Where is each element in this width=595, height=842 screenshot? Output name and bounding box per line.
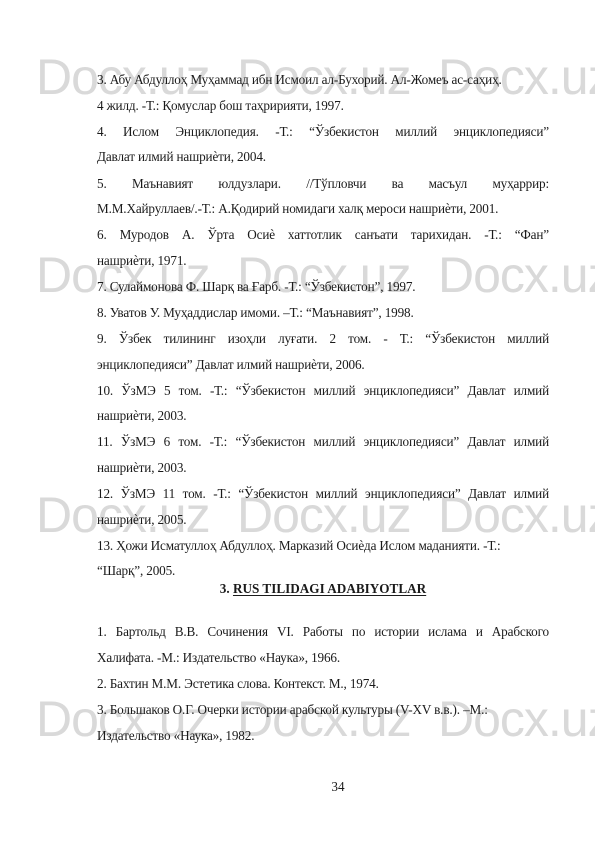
reference-line: энциклопедияси” Давлат илмий нашриѐти, 2… — [97, 357, 549, 373]
section-heading: 3. RUS TILIDAGI ADABIYOTLAR — [97, 581, 549, 597]
reference-line: 3. Большаков О.Г. Очерки истории арабско… — [97, 702, 549, 718]
reference-line: 8. Уватов У. Муҳаддислар имоми. –Т.: “Ма… — [97, 305, 549, 321]
reference-line: 4 жилд. -Т.: Қомуслар бош таҳририяти, 19… — [97, 98, 549, 114]
reference-line: 9. Ўзбек тилининг изоҳли луғати. 2 том. … — [97, 331, 549, 347]
section-heading-number: 3. — [220, 581, 230, 596]
reference-line: 12. ЎзМЭ 11 том. -Т.: “Ўзбекистон миллий… — [97, 486, 549, 502]
reference-line: Халифата. -М.: Издательство «Наука», 196… — [97, 650, 549, 666]
reference-line: 3. Абу Абдуллоҳ Муҳаммад ибн Исмоил ал-Б… — [97, 72, 549, 88]
reference-line: нашриѐти, 1971. — [97, 253, 549, 269]
reference-line: “Шарқ”, 2005. — [97, 563, 549, 579]
reference-line: 4. Ислом Энциклопедия. -Т.: “Ўзбекистон … — [97, 124, 549, 140]
reference-line: 10. ЎзМЭ 5 том. -Т.: “Ўзбекистон миллий … — [97, 383, 549, 399]
reference-line: нашриѐти, 2003. — [97, 408, 549, 424]
reference-line: нашриѐти, 2003. — [97, 460, 549, 476]
reference-line: 5. Маънавият юлдузлари. //Тўпловчи ва ма… — [97, 176, 549, 192]
reference-line: 1. Бартольд В.В. Сочинения VI. Работы по… — [97, 624, 549, 640]
reference-line: Издательство «Наука», 1982. — [97, 728, 549, 744]
reference-line: нашриѐти, 2005. — [97, 512, 549, 528]
reference-line: 6. Муродов А. Ўрта Осиѐ хаттотлик санъат… — [97, 227, 549, 243]
reference-line: Давлат илмий нашриѐти, 2004. — [97, 149, 549, 165]
reference-line: М.М.Хайруллаев/.-Т.: А.Қодирий номидаги … — [97, 201, 549, 217]
section-heading-title: RUS TILIDAGI ADABIYOTLAR — [233, 581, 426, 596]
page-number: 34 — [97, 779, 579, 795]
reference-line: 11. ЎзМЭ 6 том. -Т.: “Ўзбекистон миллий … — [97, 434, 549, 450]
reference-line: 13. Ҳожи Исматуллоҳ Абдуллоҳ. Марказий О… — [97, 538, 549, 554]
reference-line: 2. Бахтин М.М. Эстетика слова. Контекст.… — [97, 676, 549, 692]
reference-line: 7. Сулаймонова Ф. Шарқ ва Ғарб. -Т.: “Ўз… — [97, 279, 549, 295]
